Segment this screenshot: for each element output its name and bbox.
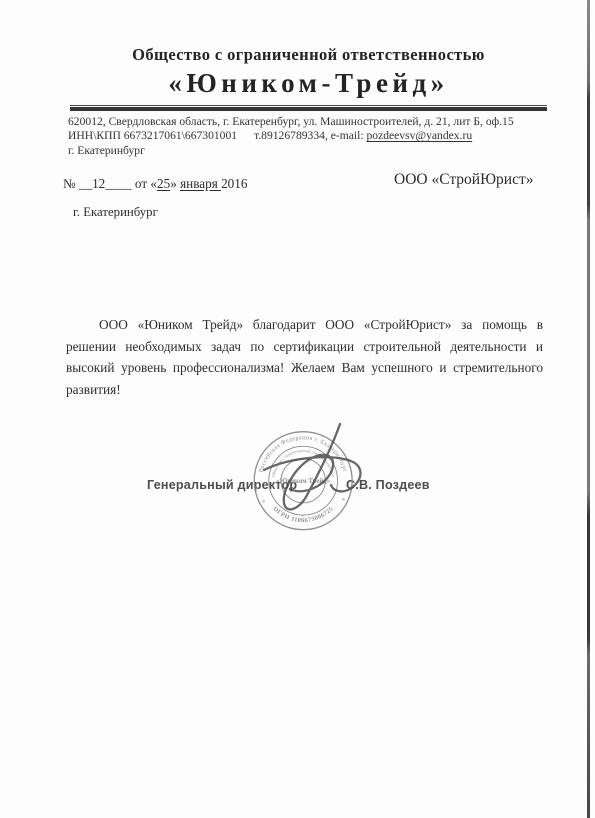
letter-body-paragraph: ООО «Юником Трейд» благодарит ООО «Строй… bbox=[66, 314, 543, 400]
recipient-name: ООО «СтройЮрист» bbox=[394, 171, 533, 189]
ref-prefix: № __12____ от « bbox=[63, 176, 157, 191]
inn-phone-line: ИНН\КПП 6673217061\667301001т.8912678933… bbox=[68, 129, 548, 144]
letterhead-contacts: 620012, Свердловская область, г. Екатере… bbox=[68, 115, 548, 159]
org-name-title: «Юником-Трейд» bbox=[70, 68, 547, 99]
phone-email-label: т.89126789334, e-mail: bbox=[254, 129, 366, 142]
org-type-line: Общество с ограниченной ответственностью bbox=[70, 45, 547, 65]
letterhead-rule-thick bbox=[70, 107, 547, 111]
ref-month: января bbox=[180, 176, 221, 191]
ref-day: 25 bbox=[157, 176, 170, 191]
reference-number-line: № __12____ от «25» января 2016 bbox=[63, 176, 247, 192]
letterhead: Общество с ограниченной ответственностью… bbox=[70, 45, 547, 99]
letterhead-city: г. Екатеринбург bbox=[68, 144, 548, 159]
scan-edge-artifact bbox=[587, 0, 590, 818]
scanned-letter-page: Общество с ограниченной ответственностью… bbox=[0, 0, 595, 818]
signature-stroke-main bbox=[284, 424, 340, 509]
ref-after-day: » bbox=[170, 176, 180, 191]
address-line: 620012, Свердловская область, г. Екатере… bbox=[68, 115, 548, 130]
handwritten-signature bbox=[240, 413, 380, 531]
letterhead-rule-thin bbox=[70, 105, 547, 107]
ref-year: 2016 bbox=[221, 176, 247, 191]
reference-city: г. Екатеринбург bbox=[73, 205, 158, 220]
email-address: pozdeevsv@yandex.ru bbox=[366, 129, 472, 142]
inn-kpp: ИНН\КПП 6673217061\667301001 bbox=[68, 129, 237, 142]
letterhead-rule bbox=[70, 105, 547, 111]
